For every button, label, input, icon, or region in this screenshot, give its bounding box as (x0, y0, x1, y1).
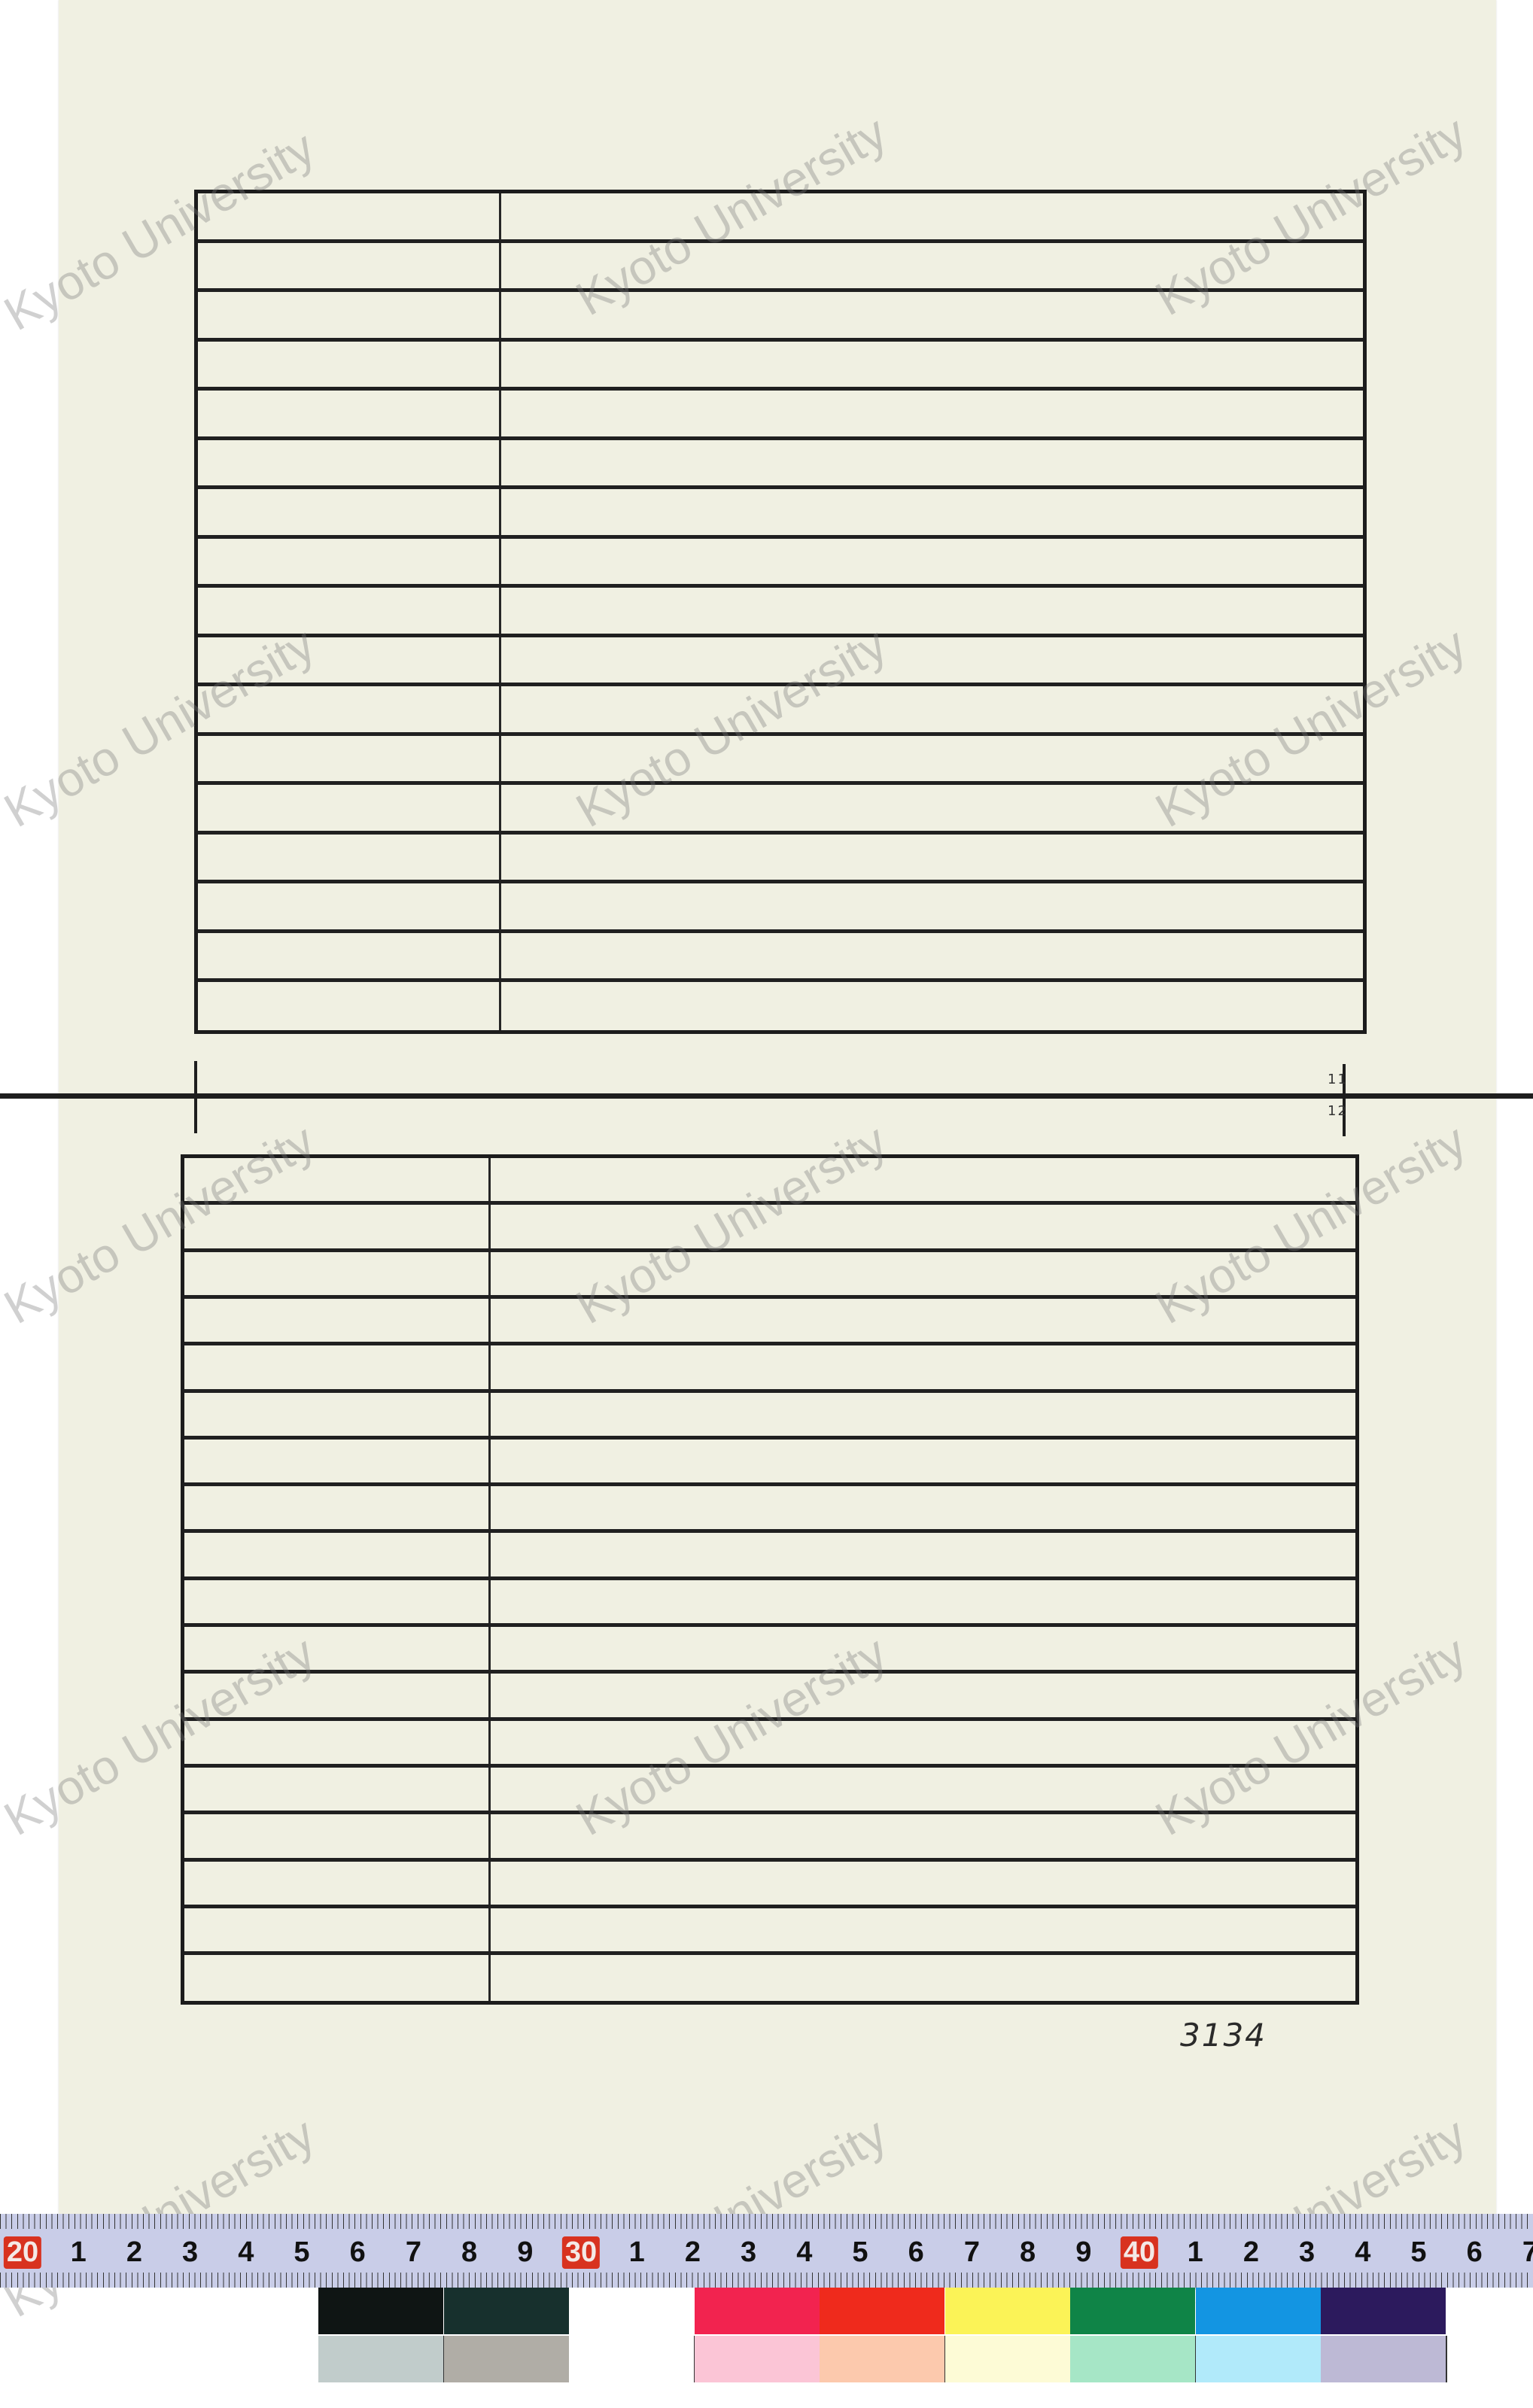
ruler-label: 40 (1121, 2236, 1158, 2269)
fold-line (0, 1093, 1533, 1099)
ruler-label: 2 (126, 2236, 142, 2269)
ruler-label: 7 (1522, 2236, 1533, 2269)
ruler-label: 5 (294, 2236, 309, 2269)
color-swatch (820, 2288, 944, 2334)
color-swatch (569, 2336, 695, 2382)
ruler-label: 1 (71, 2236, 87, 2269)
ruler-label: 3 (1299, 2236, 1315, 2269)
ruler-label: 30 (562, 2236, 600, 2269)
table-rule (198, 193, 1363, 982)
ruler-label: 6 (1467, 2236, 1483, 2269)
ruler-label: 5 (1410, 2236, 1426, 2269)
color-swatch (1070, 2336, 1197, 2382)
ruler-label: 9 (1075, 2236, 1091, 2269)
ruler-label: 4 (238, 2236, 254, 2269)
ruler-label: 2 (1243, 2236, 1259, 2269)
upper-spec-table (194, 190, 1367, 1034)
ruler-label: 8 (1020, 2236, 1036, 2269)
color-swatch (318, 2288, 443, 2334)
ruler-label: 9 (517, 2236, 533, 2269)
page-number: 3134 (1180, 2017, 1267, 2054)
ruler-label: 5 (852, 2236, 868, 2269)
color-swatch (820, 2336, 946, 2382)
ruler-label: 2 (685, 2236, 701, 2269)
ruler-label: 3 (182, 2236, 198, 2269)
ruler-label: 7 (406, 2236, 421, 2269)
color-swatch (695, 2288, 820, 2334)
color-swatch (945, 2336, 1072, 2382)
ruler-label: 1 (629, 2236, 645, 2269)
color-swatch (1321, 2288, 1446, 2334)
ruler-label: 8 (461, 2236, 477, 2269)
color-swatch (444, 2288, 569, 2334)
ruler-label: 4 (796, 2236, 812, 2269)
scale-ruler: 2012345678930123456789401234567 (0, 2214, 1533, 2288)
ruler-label: 6 (350, 2236, 366, 2269)
color-swatch (695, 2336, 821, 2382)
ruler-label: 20 (4, 2236, 41, 2269)
color-swatch (1196, 2288, 1321, 2334)
color-swatch (1196, 2336, 1322, 2382)
ruler-label: 4 (1355, 2236, 1370, 2269)
color-swatch (318, 2336, 445, 2382)
page-marker-bottom: 12 (1328, 1103, 1348, 1119)
lower-spec-table (181, 1154, 1359, 2005)
color-swatch (569, 2288, 694, 2334)
fold-tick-left (194, 1061, 197, 1133)
table-rule (184, 1158, 1355, 1955)
color-swatch (945, 2288, 1070, 2334)
color-swatch (1070, 2288, 1195, 2334)
page-marker-top: 11 (1328, 1072, 1348, 1087)
ruler-label: 7 (964, 2236, 980, 2269)
ruler-label: 3 (741, 2236, 756, 2269)
ruler-label: 6 (908, 2236, 924, 2269)
color-swatch (1321, 2336, 1447, 2382)
ruler-label: 1 (1188, 2236, 1203, 2269)
color-swatch (444, 2336, 570, 2382)
